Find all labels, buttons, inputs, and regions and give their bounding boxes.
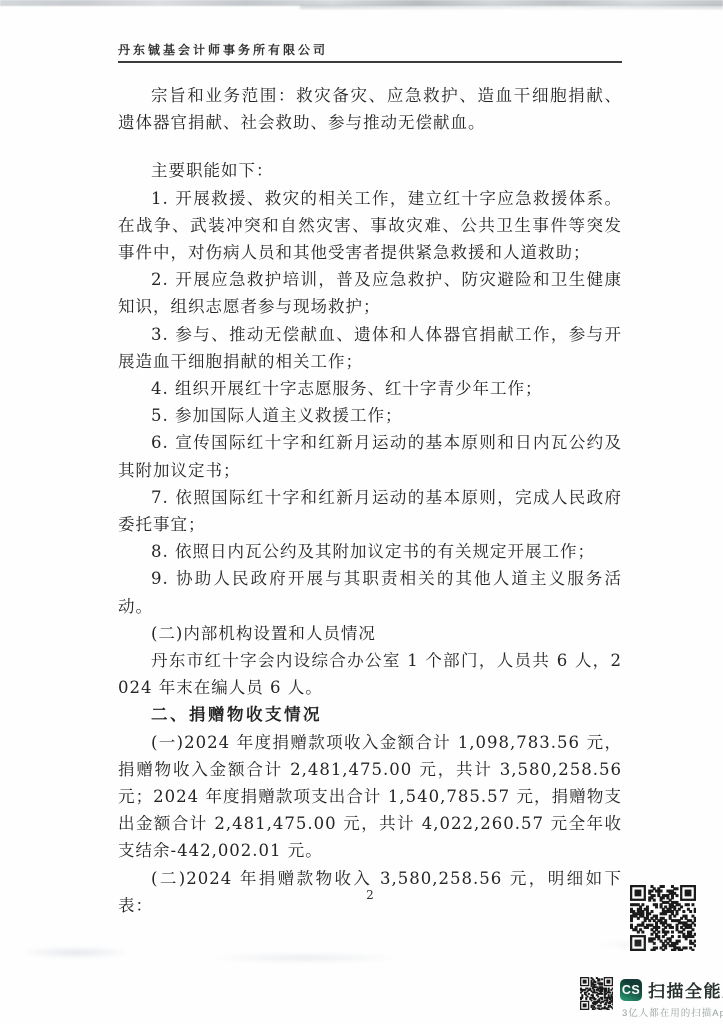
- paragraph: (一)2024 年度捐赠款项收入金额合计 1,098,783.56 元，捐赠物收…: [118, 729, 622, 865]
- paragraph: 9. 协助人民政府开展与其职责相关的其他人道主义服务活动。: [118, 565, 622, 619]
- watermark-qr-code-icon: [580, 977, 613, 1010]
- camscanner-app-name: 扫描全能王: [648, 977, 723, 1002]
- scan-artifact-strip-secondary: [300, 5, 723, 9]
- document-body: 宗旨和业务范围：救灾备灾、应急救护、造血干细胞捐献、遗体器官捐献、社会救助、参与…: [118, 82, 622, 919]
- paragraph: 3. 参与、推动无偿献血、遗体和人体器官捐献工作，参与开展造血干细胞捐献的相关工…: [118, 321, 622, 375]
- paragraph: 2. 开展应急救护培训，普及应急救护、防灾避险和卫生健康知识，组织志愿者参与现场…: [118, 266, 622, 320]
- paragraph: 4. 组织开展红十字志愿服务、红十字青少年工作；: [118, 375, 622, 402]
- camscanner-watermark: CS 扫描全能王 3亿人都在用的扫描App: [580, 977, 723, 1019]
- camscanner-logo-icon: CS: [620, 979, 642, 1001]
- firm-name-header: 丹东铖基会计师事务所有限公司: [118, 41, 622, 63]
- camscanner-tagline: 3亿人都在用的扫描App: [622, 1005, 723, 1019]
- paragraph: 宗旨和业务范围：救灾备灾、应急救护、造血干细胞捐献、遗体器官捐献、社会救助、参与…: [118, 82, 622, 136]
- paragraph: 丹东市红十字会内设综合办公室 1 个部门，人员共 6 人，2024 年末在编人员…: [118, 647, 622, 701]
- paragraph: 6. 宣传国际红十字和红新月运动的基本原则和日内瓦公约及其附加议定书；: [118, 429, 622, 483]
- scanned-document-page: 丹东铖基会计师事务所有限公司 宗旨和业务范围：救灾备灾、应急救护、造血干细胞捐献…: [0, 0, 723, 1024]
- paragraph: 主要职能如下：: [118, 157, 622, 184]
- paragraph: 7. 依照国际红十字和红新月运动的基本原则，完成人民政府委托事宜；: [118, 484, 622, 538]
- scan-smudge: [208, 953, 403, 963]
- paragraph: 1. 开展救援、救灾的相关工作，建立红十字应急救援体系。在战争、武装冲突和自然灾…: [118, 185, 622, 267]
- page-number: 2: [118, 888, 622, 902]
- paragraph: 8. 依照日内瓦公约及其附加议定书的有关规定开展工作；: [118, 538, 622, 565]
- paragraph: 二、捐赠物收支情况: [118, 701, 622, 728]
- paragraph: 5. 参加国际人道主义救援工作；: [118, 402, 622, 429]
- scan-smudge: [18, 947, 133, 958]
- paragraph: (二)内部机构设置和人员情况: [118, 620, 622, 647]
- scan-smudge: [598, 940, 683, 949]
